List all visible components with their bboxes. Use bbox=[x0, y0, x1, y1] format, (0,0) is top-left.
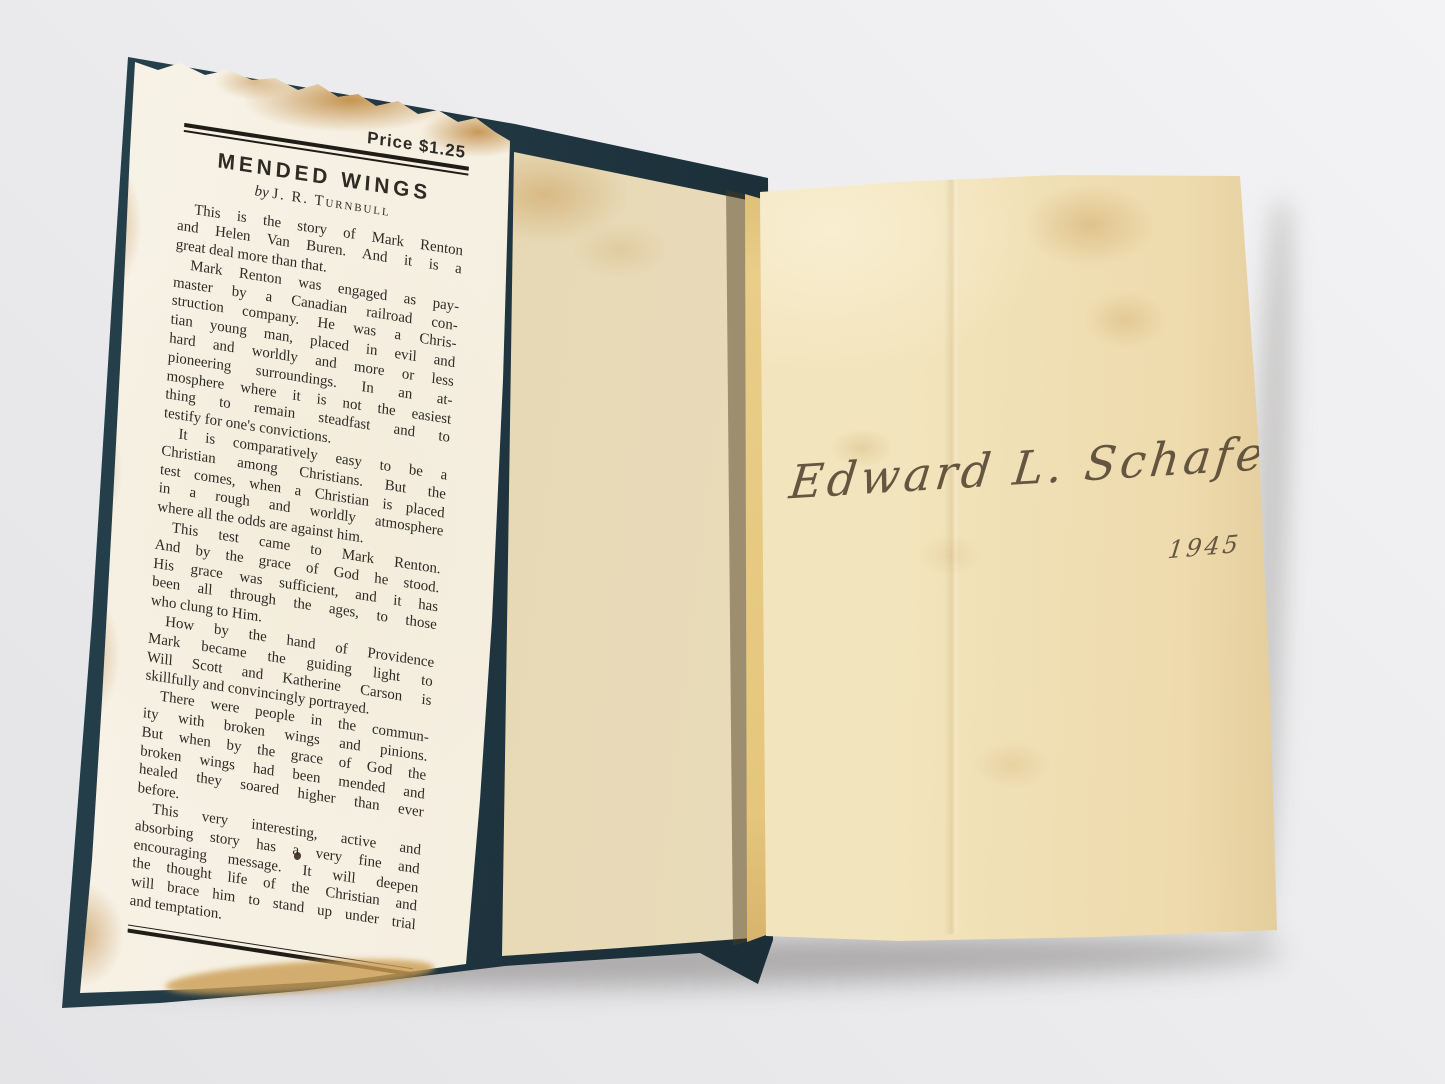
photo-background: Edward L. Schafer 1945 Price $1.25 MENDE… bbox=[0, 0, 1445, 1084]
byline-prefix: by bbox=[254, 183, 269, 201]
owner-signature: Edward L. Schafer bbox=[787, 429, 1222, 510]
signature-year: 1945 bbox=[1166, 530, 1242, 565]
flap-paragraphs: This is the story of Mark Rentonand Hele… bbox=[129, 198, 464, 954]
flap-printed-area: Price $1.25 MENDED WINGS by J. R. Turnbu… bbox=[128, 100, 471, 977]
page-crease bbox=[944, 178, 958, 934]
